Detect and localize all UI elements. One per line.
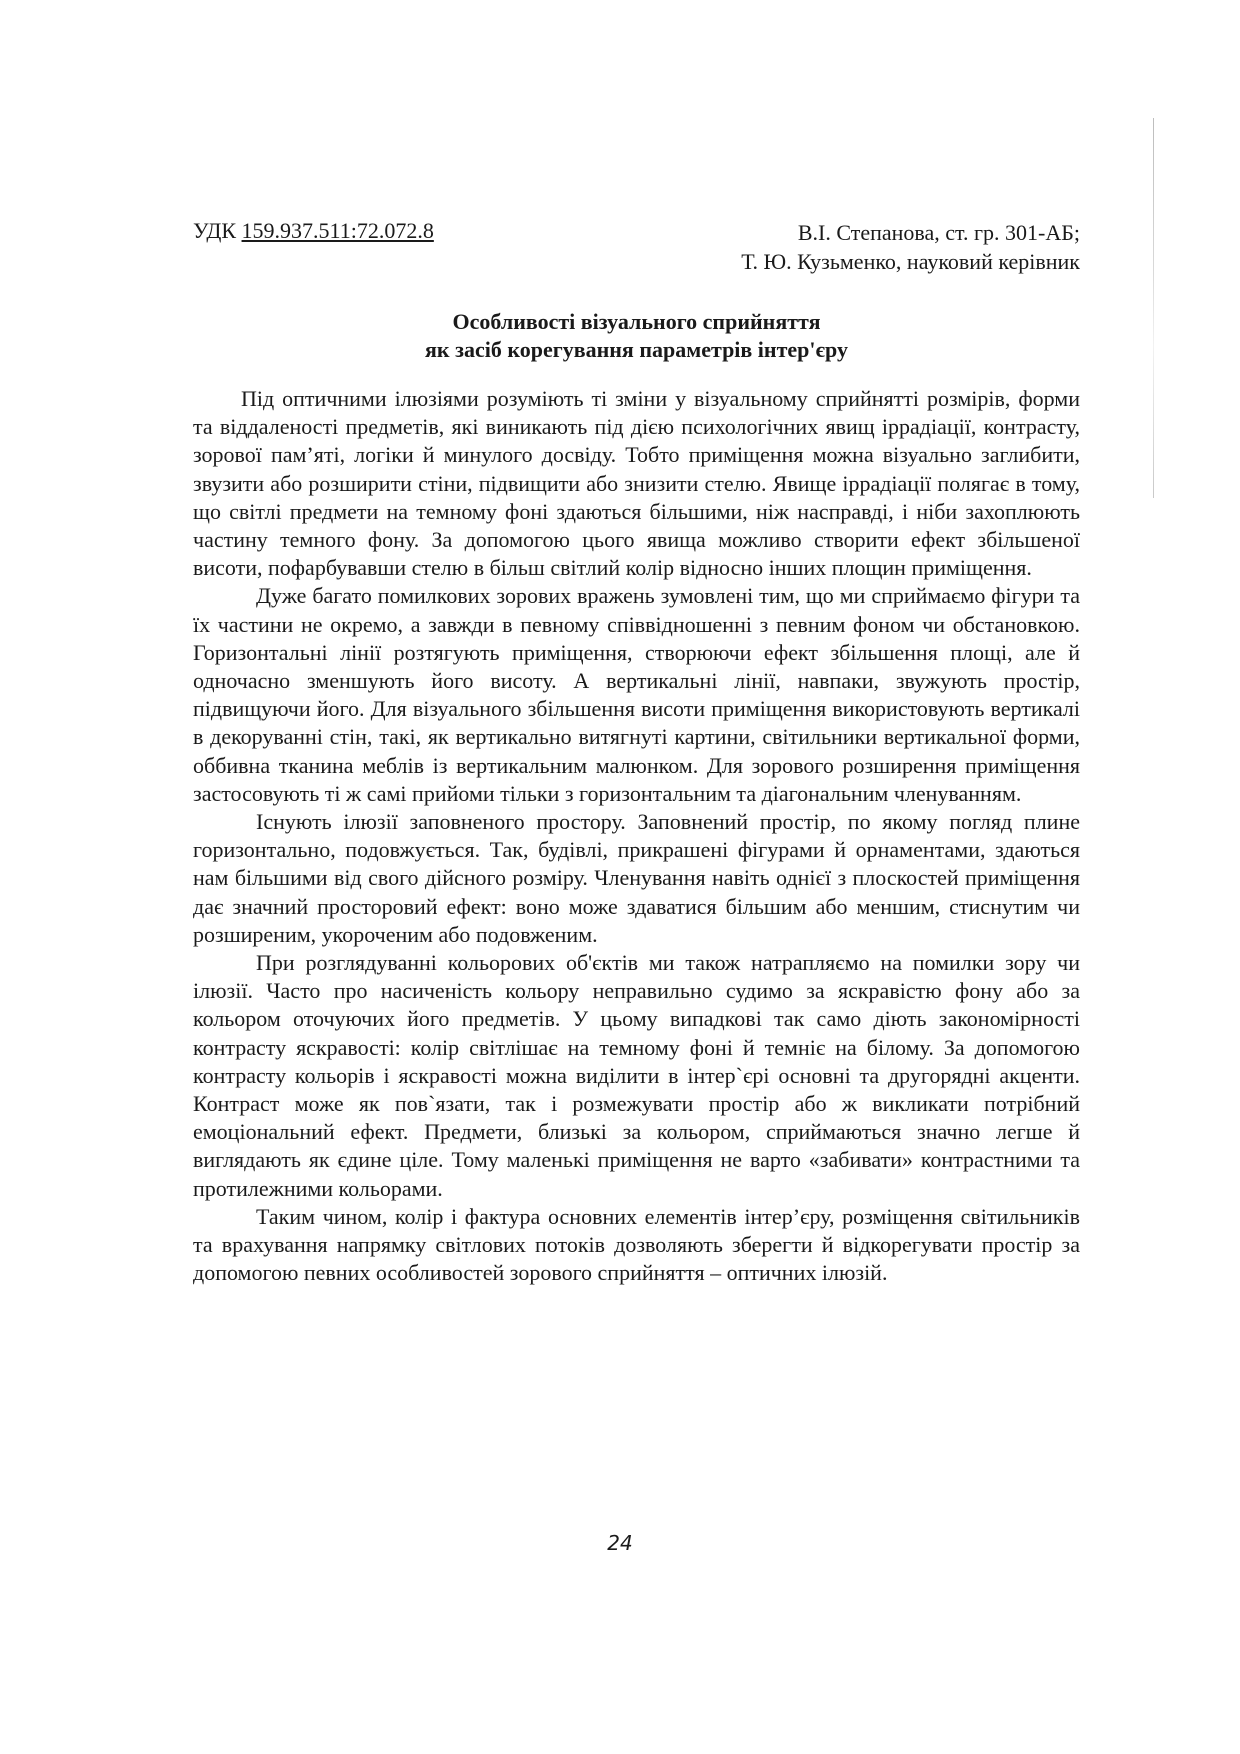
authors-block: В.І. Степанова, ст. гр. 301-АБ; Т. Ю. Ку… [741,218,1080,276]
paragraph-2: Дуже багато помилкових зорових вражень з… [193,582,1080,808]
title-line-1: Особливості візуального сприйняття [193,308,1080,336]
article-header: УДК 159.937.511:72.072.8 В.І. Степанова,… [193,218,1080,288]
paragraph-3: Існують ілюзії заповненого простору. Зап… [193,808,1080,949]
paragraph-1: Під оптичними ілюзіями розуміють ті змін… [193,385,1080,582]
udk-label: УДК [193,218,242,243]
scan-artifact-line [1153,118,1154,498]
paragraph-4: При розглядуванні кольорових об'єктів ми… [193,949,1080,1203]
page-number: 24 [0,1531,1240,1555]
paragraph-5: Таким чином, колір і фактура основних ел… [193,1203,1080,1288]
article-title: Особливості візуального сприйняття як за… [193,308,1080,364]
author-supervisor: Т. Ю. Кузьменко, науковий керівник [741,247,1080,276]
author-student: В.І. Степанова, ст. гр. 301-АБ; [741,218,1080,247]
udk-code: 159.937.511:72.072.8 [242,218,434,243]
article-body: Під оптичними ілюзіями розуміють ті змін… [193,385,1080,1288]
udk-classifier: УДК 159.937.511:72.072.8 [193,218,434,244]
title-line-2: як засіб корегування параметрів інтер'єр… [193,336,1080,364]
